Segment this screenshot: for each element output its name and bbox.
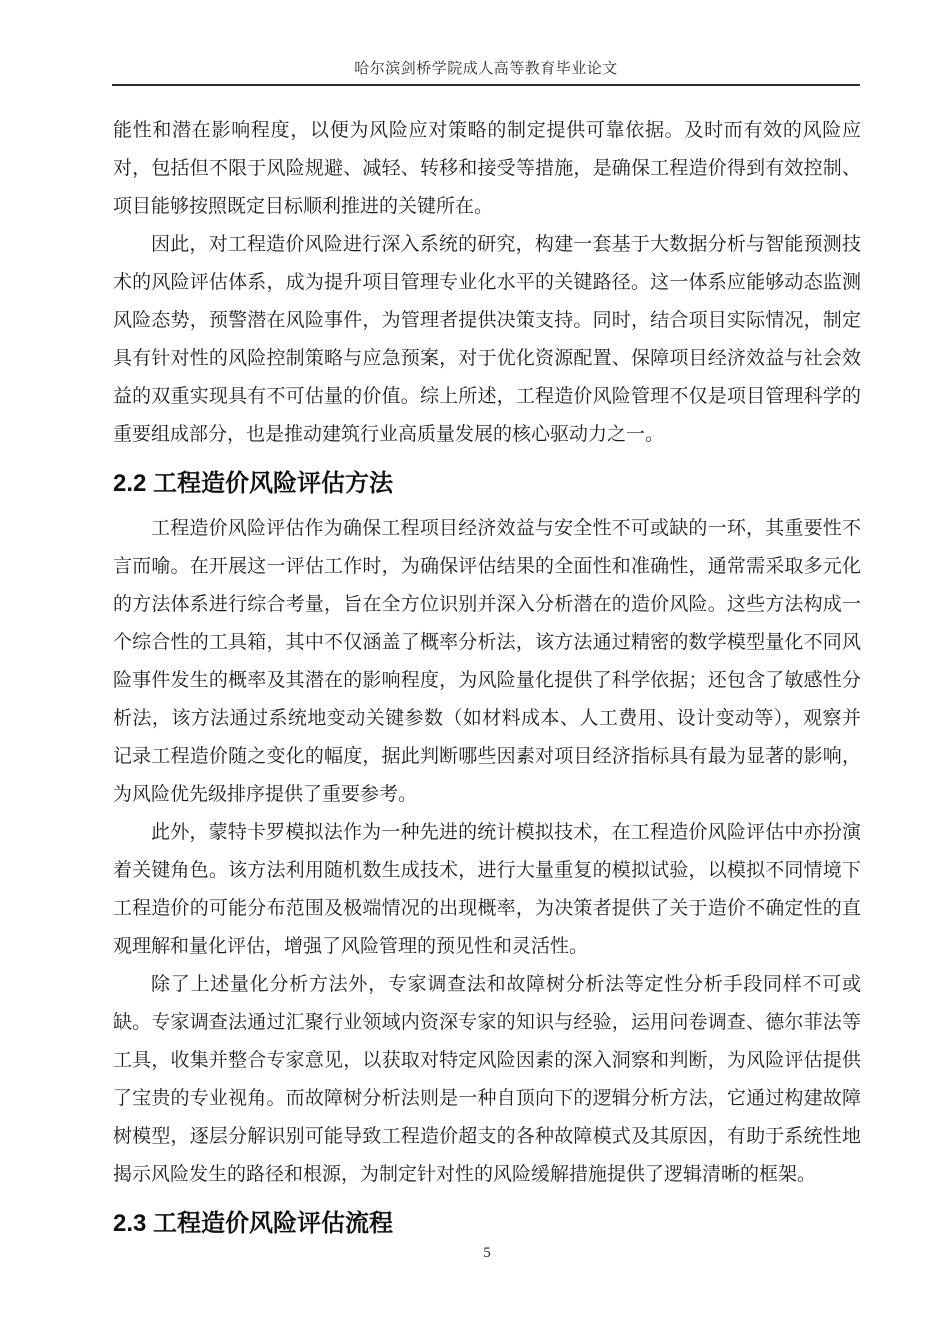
header-title: 哈尔滨剑桥学院成人高等教育毕业论文 [112, 58, 860, 80]
heading-section-2-2: 2.2 工程造价风险评估方法 [113, 467, 861, 501]
paragraph-risk-response: 能性和潜在影响程度，以便为风险应对策略的制定提供可靠依据。及时而有效的风险应对，… [113, 112, 861, 226]
paragraph-risk-research: 因此，对工程造价风险进行深入系统的研究，构建一套基于大数据分析与智能预测技术的风… [113, 226, 861, 454]
document-page: 哈尔滨剑桥学院成人高等教育毕业论文 能性和潜在影响程度，以便为风险应对策略的制定… [0, 0, 950, 1344]
paragraph-monte-carlo: 此外，蒙特卡罗模拟法作为一种先进的统计模拟技术，在工程造价风险评估中亦扮演着关键… [113, 814, 861, 966]
page-header: 哈尔滨剑桥学院成人高等教育毕业论文 [112, 58, 860, 86]
heading-section-2-3: 2.3 工程造价风险评估流程 [113, 1207, 861, 1241]
page-number: 5 [113, 1243, 861, 1263]
paragraph-assessment-methods: 工程造价风险评估作为确保工程项目经济效益与安全性不可或缺的一环，其重要性不言而喻… [113, 510, 861, 814]
paragraph-qualitative-methods: 除了上述量化分析方法外，专家调查法和故障树分析法等定性分析手段同样不可或缺。专家… [113, 966, 861, 1194]
page-content: 能性和潜在影响程度，以便为风险应对策略的制定提供可靠依据。及时而有效的风险应对，… [113, 112, 861, 1250]
